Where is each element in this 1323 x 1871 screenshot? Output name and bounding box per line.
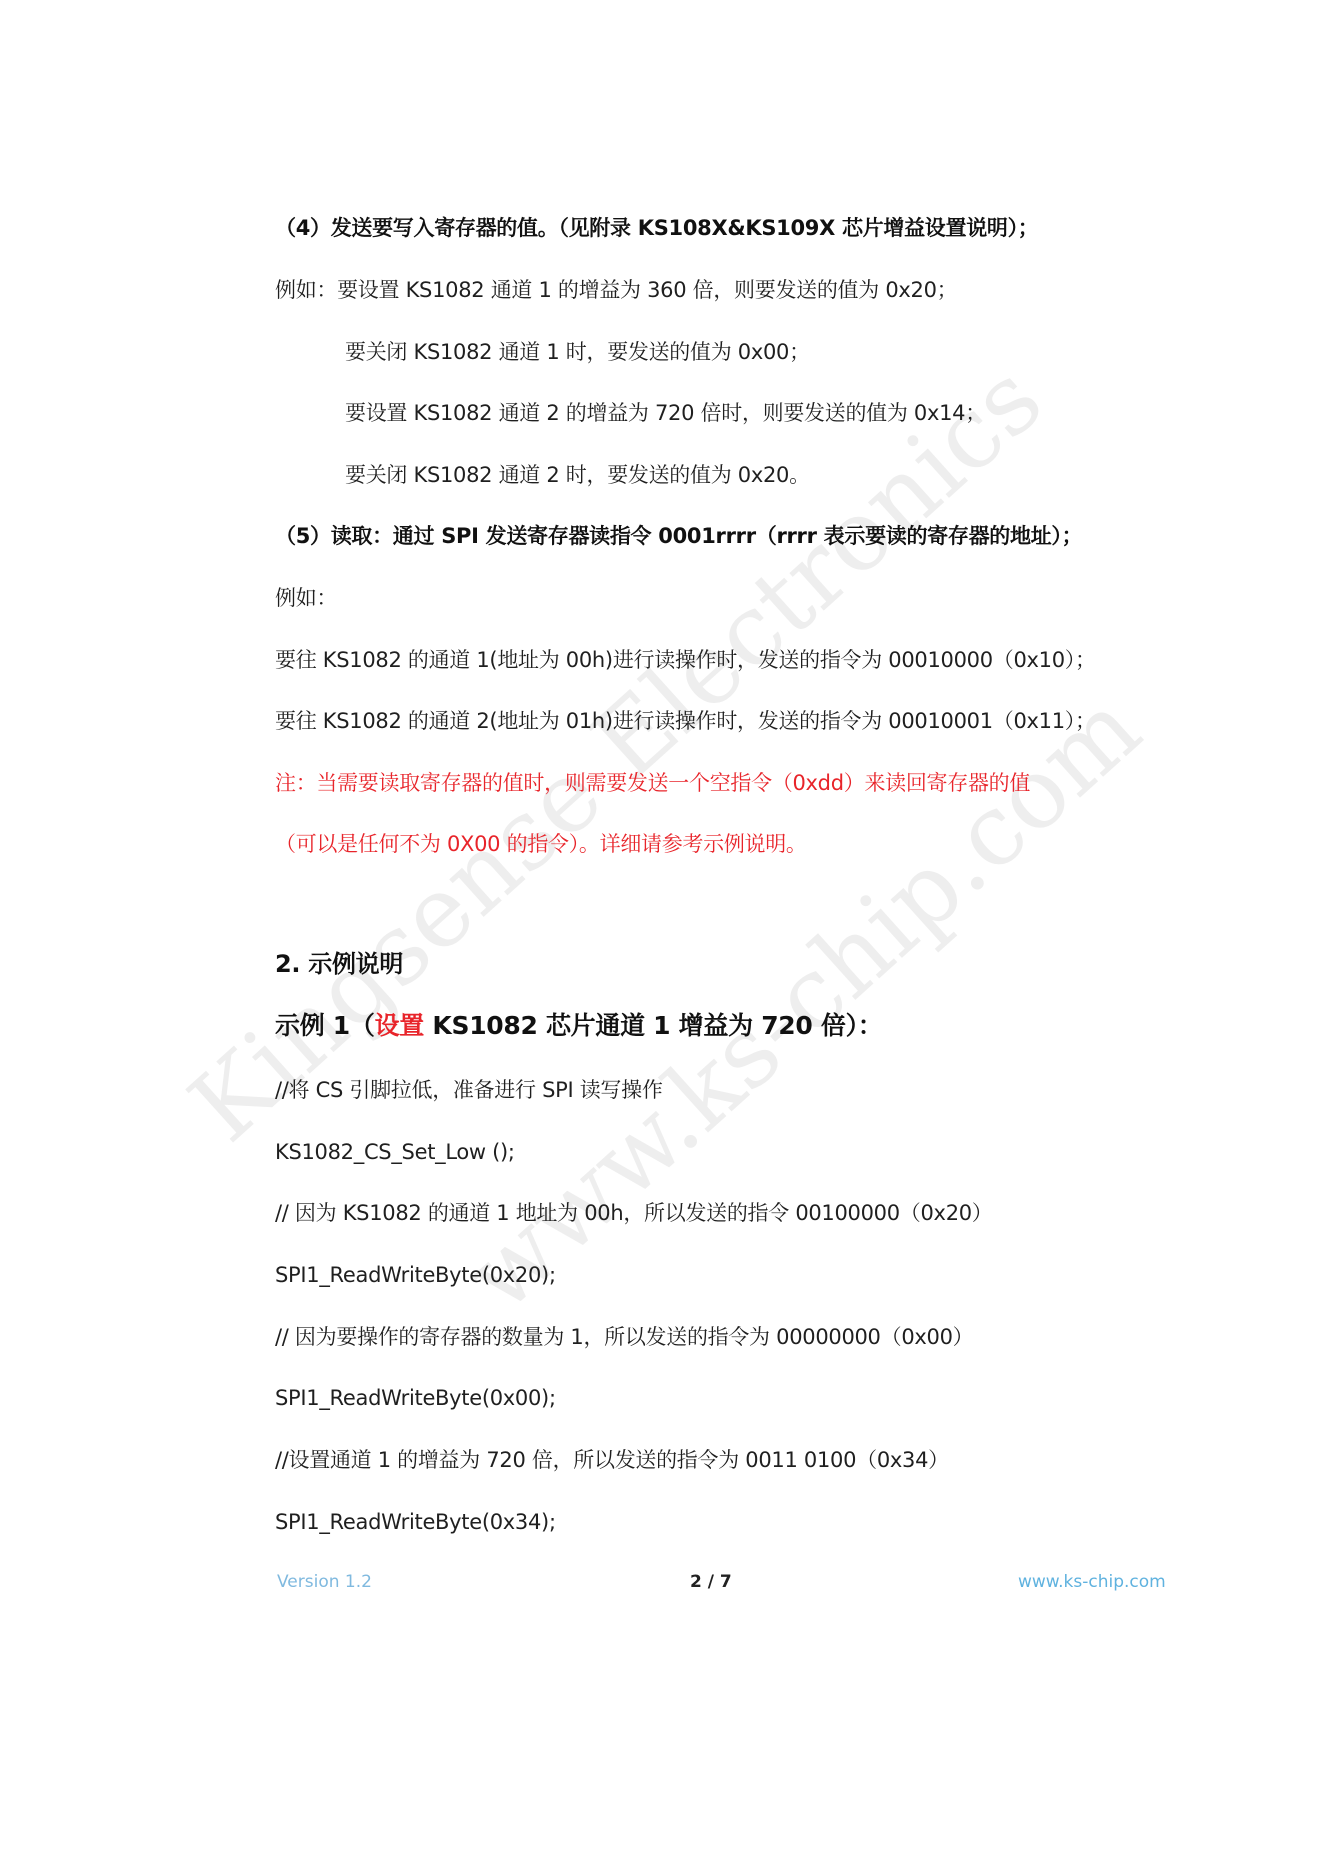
- code-line-1: //将 CS 引脚拉低，准备进行 SPI 读写操作: [275, 1075, 663, 1105]
- example-1-title-suffix: KS1082 芯片通道 1 增益为 720 倍）：: [424, 1011, 882, 1040]
- examples-heading: 2. 示例说明: [275, 949, 403, 979]
- footer-version: Version 1.2: [277, 1570, 372, 1594]
- section-5-example-line-2: 要往 KS1082 的通道 2(地址为 01h)进行读操作时，发送的指令为 00…: [275, 706, 1096, 736]
- code-line-4: SPI1_ReadWriteByte(0x20);: [275, 1260, 556, 1290]
- footer-page-number: 2 / 7: [690, 1570, 732, 1594]
- example-1-title-prefix: 示例 1（: [275, 1011, 375, 1040]
- section-5-note-line-2: （可以是任何不为 0X00 的指令）。详细请参考示例说明。: [275, 829, 807, 859]
- code-line-3: // 因为 KS1082 的通道 1 地址为 00h，所以发送的指令 00100…: [275, 1198, 993, 1228]
- example-1-title: 示例 1（设置 KS1082 芯片通道 1 增益为 720 倍）：: [275, 1011, 882, 1041]
- code-line-7: //设置通道 1 的增益为 720 倍，所以发送的指令为 0011 0100（0…: [275, 1445, 949, 1475]
- section-5-note-line-1: 注：当需要读取寄存器的值时，则需要发送一个空指令（0xdd）来读回寄存器的值: [275, 768, 1030, 798]
- section-4-heading: （4）发送要写入寄存器的值。（见附录 KS108X&KS109X 芯片增益设置说…: [275, 213, 1039, 243]
- code-line-8: SPI1_ReadWriteByte(0x34);: [275, 1507, 556, 1537]
- example-text: 要设置 KS1082 通道 1 的增益为 360 倍，则要发送的值为 0x20；: [337, 278, 957, 302]
- document-page: Kingsense Electronics www.ks-chip.com （4…: [0, 0, 1323, 1871]
- example-label: 例如：: [275, 278, 337, 302]
- code-line-5: // 因为要操作的寄存器的数量为 1，所以发送的指令为 00000000（0x0…: [275, 1322, 973, 1352]
- section-5-example-label: 例如：: [275, 583, 337, 613]
- example-1-title-highlight: 设置: [375, 1011, 424, 1040]
- section-5-example-line-1: 要往 KS1082 的通道 1(地址为 00h)进行读操作时，发送的指令为 00…: [275, 645, 1096, 675]
- section-4-example-line-1: 例如：要设置 KS1082 通道 1 的增益为 360 倍，则要发送的值为 0x…: [275, 275, 957, 305]
- section-5-heading: （5）读取：通过 SPI 发送寄存器读指令 0001rrrr（rrrr 表示要读…: [275, 521, 1082, 551]
- section-4-example-line-4: 要关闭 KS1082 通道 2 时，要发送的值为 0x20。: [345, 460, 810, 490]
- section-4-example-line-3: 要设置 KS1082 通道 2 的增益为 720 倍时，则要发送的值为 0x14…: [345, 398, 986, 428]
- code-line-6: SPI1_ReadWriteByte(0x00);: [275, 1383, 556, 1413]
- section-4-example-line-2: 要关闭 KS1082 通道 1 时，要发送的值为 0x00；: [345, 337, 810, 367]
- footer-website-link[interactable]: www.ks-chip.com: [1018, 1570, 1166, 1594]
- code-line-2: KS1082_CS_Set_Low ();: [275, 1137, 515, 1167]
